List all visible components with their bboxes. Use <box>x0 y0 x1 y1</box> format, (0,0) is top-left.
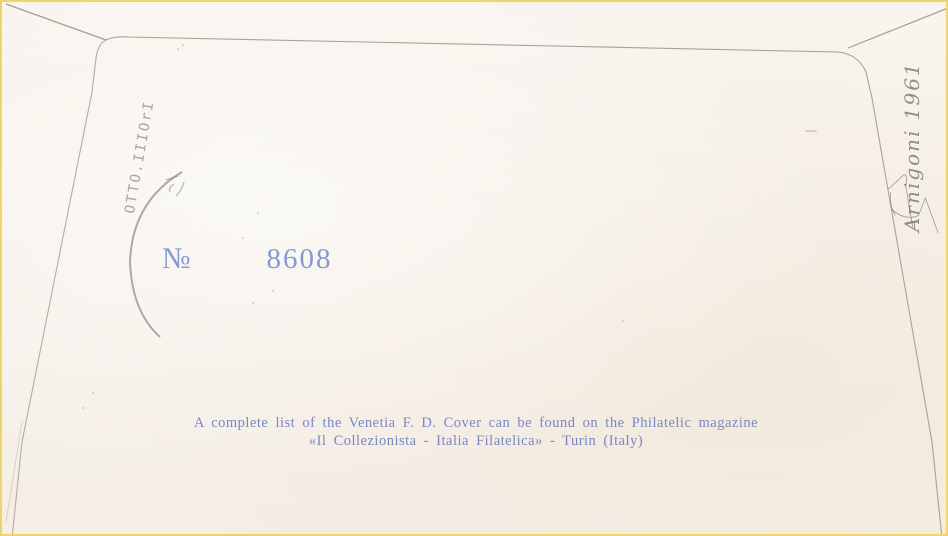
paper-speck <box>82 407 84 409</box>
paper-speck <box>252 302 254 304</box>
certificate-number: № 8608 <box>162 242 333 276</box>
paper-speck <box>177 48 179 50</box>
paper-speck <box>92 392 94 394</box>
notice-line-1: A complete list of the Venetia F. D. Cov… <box>194 415 758 431</box>
envelope-back: OTTO.IIIOrI № 8608 A complete list of th… <box>0 0 948 536</box>
envelope-flap-outline <box>2 2 948 536</box>
number-sign: № <box>162 242 258 276</box>
paper-speck <box>182 44 184 46</box>
paper-stain <box>805 130 817 132</box>
paper-speck <box>257 212 259 214</box>
paper-speck <box>242 237 244 239</box>
paper-speck <box>272 290 274 292</box>
postmark-text: OTTO.IIIOrI <box>122 99 158 215</box>
paper-speck <box>622 320 624 322</box>
printed-notice: A complete list of the Venetia F. D. Cov… <box>2 414 948 450</box>
pencil-note: Arnigoni 1961 <box>900 61 924 232</box>
pencil-signature <box>850 152 948 302</box>
serial-number: 8608 <box>267 243 333 275</box>
notice-line-2: «Il Collezionista - Italia Filatelica» -… <box>2 432 948 450</box>
